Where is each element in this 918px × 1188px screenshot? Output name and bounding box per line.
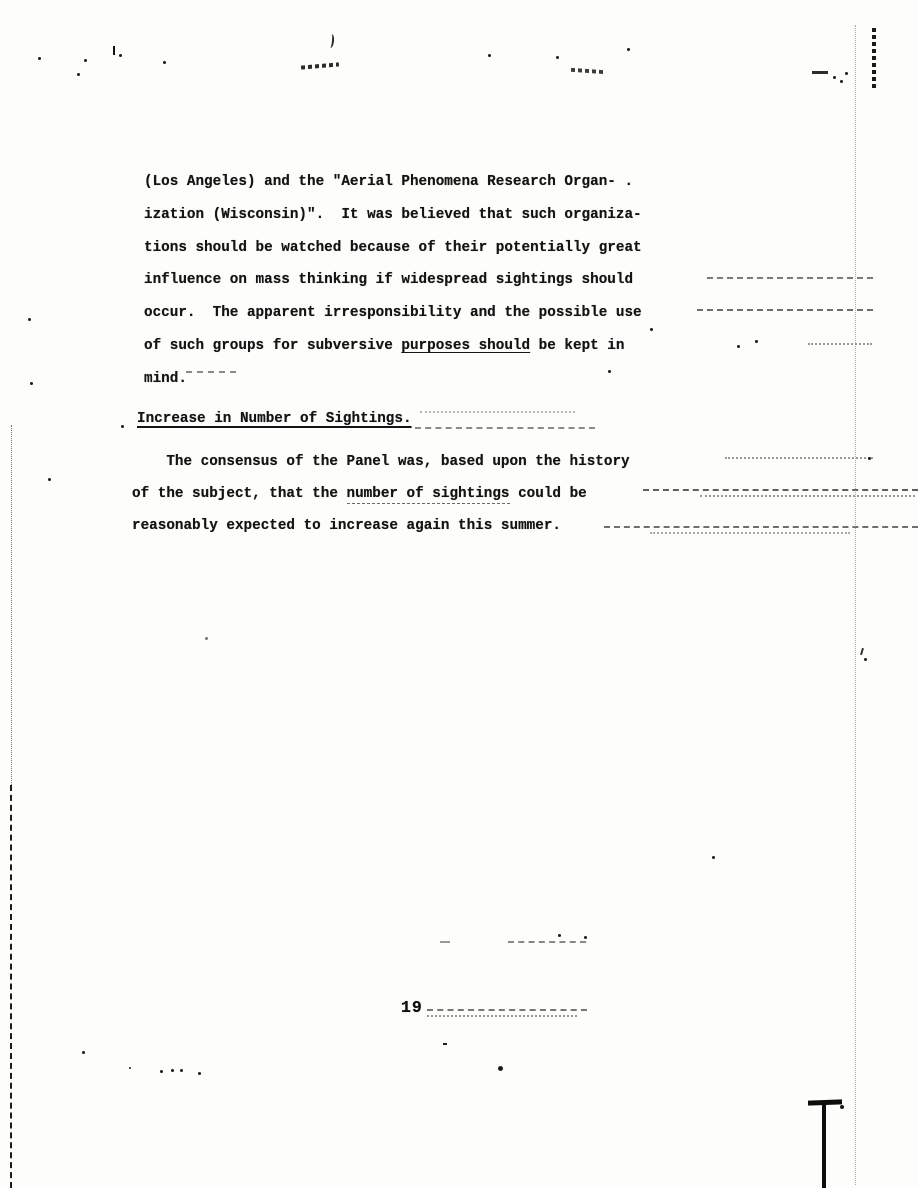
text-line: of such groups for subversive purposes s…: [144, 330, 642, 363]
scan-dash-line: [186, 371, 236, 373]
text-segment: of such groups for subversive: [144, 338, 401, 354]
scan-speck: [737, 345, 740, 348]
scan-dash-line: [440, 941, 450, 943]
scan-dash-line: [725, 457, 873, 459]
scan-squiggle: [327, 34, 334, 49]
scan-speck: [498, 1066, 503, 1071]
text-line: of the subject, that the number of sight…: [132, 478, 630, 510]
scan-squiggle: [812, 71, 828, 74]
scan-speck: [160, 1070, 163, 1073]
scan-speck: [650, 328, 653, 331]
scan-speck: [198, 1072, 201, 1075]
scan-dash-line: [707, 277, 873, 279]
scan-speck: [755, 340, 758, 343]
scan-speck: [584, 936, 587, 939]
scan-speck: [48, 478, 51, 481]
scan-dash-line: [604, 526, 918, 528]
text-segment: of the subject, that the: [132, 486, 347, 502]
scan-speck: [28, 318, 31, 321]
scan-speck: [556, 56, 559, 59]
scan-speck: [868, 457, 871, 460]
scan-dash-line: [650, 532, 850, 534]
scan-vertical-line-right: [855, 25, 856, 1185]
scan-speck: [84, 59, 87, 62]
section-heading: Increase in Number of Sightings.: [137, 409, 412, 429]
document-page: (Los Angeles) and the "Aerial Phenomena …: [0, 0, 918, 1188]
registration-mark-t-stem: [822, 1102, 826, 1188]
scan-speck: [627, 48, 630, 51]
scan-vertical-line-left-dark: [10, 785, 12, 1188]
text-line: mind.: [144, 363, 642, 396]
scan-speck: [840, 80, 843, 83]
scan-dash-line: [508, 941, 586, 943]
scan-speck: [443, 1043, 447, 1045]
scan-dash-line: [700, 495, 915, 497]
text-line: influence on mass thinking if widespread…: [144, 264, 642, 297]
text-line: occur. The apparent irresponsibility and…: [144, 297, 642, 330]
scan-speck: [205, 637, 208, 640]
text-segment: be kept in: [530, 338, 624, 354]
text-line: reasonably expected to increase again th…: [132, 510, 630, 542]
text-line: tions should be watched because of their…: [144, 232, 642, 265]
scan-speck: [82, 1051, 85, 1054]
scan-apostrophe: [860, 648, 864, 655]
text-line: (Los Angeles) and the "Aerial Phenomena …: [144, 166, 642, 199]
scan-speck: [129, 1067, 131, 1069]
scan-vertical-line-right-dark: [872, 28, 876, 90]
scan-speck: [163, 61, 166, 64]
underlined-text: purposes should: [401, 338, 530, 354]
scan-speck: [119, 54, 122, 57]
scan-squiggle: [571, 68, 605, 74]
scan-speck: [833, 76, 836, 79]
scan-dash-line: [427, 1009, 587, 1011]
scan-vertical-line-left-faint: [11, 425, 12, 785]
scan-speck: [488, 54, 491, 57]
text-line: ization (Wisconsin)". It was believed th…: [144, 199, 642, 232]
scan-speck: [38, 57, 41, 60]
scan-speck: [840, 1105, 844, 1109]
page-number: 19: [401, 998, 423, 1017]
scan-speck: [171, 1069, 174, 1072]
scan-squiggle: [301, 62, 339, 69]
scan-dash-line: [808, 343, 872, 345]
text-segment: could be: [510, 486, 587, 502]
scan-dash-line: [427, 1015, 577, 1017]
paragraph-1: (Los Angeles) and the "Aerial Phenomena …: [144, 166, 642, 396]
text-line: The consensus of the Panel was, based up…: [132, 446, 630, 478]
underlined-text: number of sightings: [347, 486, 510, 504]
scan-speck: [845, 72, 848, 75]
scan-speck: [180, 1069, 183, 1072]
scan-mark-one: [113, 46, 115, 55]
scan-speck: [712, 856, 715, 859]
scan-speck: [864, 658, 867, 661]
scan-speck: [558, 934, 561, 937]
paragraph-2: The consensus of the Panel was, based up…: [132, 446, 630, 542]
scan-speck: [121, 425, 124, 428]
scan-dash-line: [697, 309, 873, 311]
scan-speck: [30, 382, 33, 385]
scan-dash-line: [643, 489, 918, 491]
scan-dash-line: [415, 427, 595, 429]
scan-speck: [77, 73, 80, 76]
scan-speck: [608, 370, 611, 373]
scan-dash-line: [420, 411, 575, 413]
